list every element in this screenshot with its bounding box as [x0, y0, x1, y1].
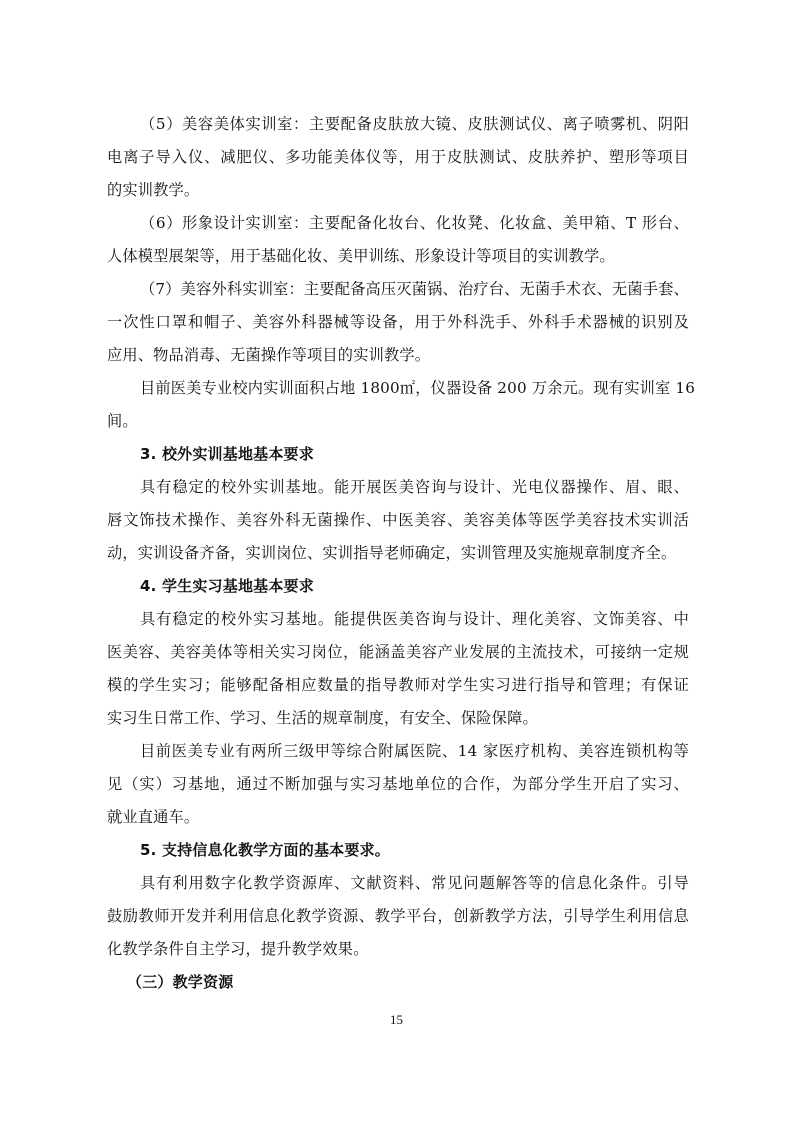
- section-heading-offcampus-training: 3. 校外实训基地基本要求: [107, 438, 689, 471]
- section-heading-teaching-resources: （三）教学资源: [107, 966, 689, 999]
- text-line: 应用、物品消毒、无菌操作等项目的实训教学。: [107, 339, 689, 372]
- paragraph-image-design-lab: （6）形象设计实训室：主要配备化妆台、化妆凳、化妆盒、美甲箱、T 形台、 人体模…: [107, 207, 689, 273]
- paragraph-offcampus-training: 具有稳定的校外实训基地。能开展医美咨询与设计、光电仪器操作、眉、眼、 唇文饰技术…: [107, 471, 689, 570]
- section-heading-it-teaching: 5. 支持信息化教学方面的基本要求。: [107, 834, 689, 867]
- page-number: 15: [0, 1012, 793, 1028]
- text-line: 具有稳定的校外实训基地。能开展医美咨询与设计、光电仪器操作、眉、眼、: [107, 471, 689, 504]
- paragraph-internship-base: 具有稳定的校外实习基地。能提供医美咨询与设计、理化美容、文饰美容、中 医美容、美…: [107, 603, 689, 735]
- text-line: 目前医美专业校内实训面积占地 1800㎡，仪器设备 200 万余元。现有实训室 …: [107, 372, 689, 405]
- text-line: 一次性口罩和帽子、美容外科器械等设备，用于外科洗手、外科手术器械的识别及: [107, 306, 689, 339]
- text-line: 鼓励教师开发并利用信息化教学资源、教学平台，创新教学方法，引导学生利用信息: [107, 900, 689, 933]
- paragraph-campus-training-area: 目前医美专业校内实训面积占地 1800㎡，仪器设备 200 万余元。现有实训室 …: [107, 372, 689, 438]
- paragraph-cosmetic-surgery-lab: （7）美容外科实训室：主要配备高压灭菌锅、治疗台、无菌手术衣、无菌手套、 一次性…: [107, 273, 689, 372]
- text-line: （7）美容外科实训室：主要配备高压灭菌锅、治疗台、无菌手术衣、无菌手套、: [107, 273, 689, 306]
- text-line: 人体模型展架等，用于基础化妆、美甲训练、形象设计等项目的实训教学。: [107, 240, 689, 273]
- paragraph-it-teaching: 具有利用数字化教学资源库、文献资料、常见问题解答等的信息化条件。引导 鼓励教师开…: [107, 867, 689, 966]
- paragraph-beauty-body-lab: （5）美容美体实训室：主要配备皮肤放大镜、皮肤测试仪、离子喷雾机、阴阳 电离子导…: [107, 108, 689, 207]
- text-line: 的实训教学。: [107, 174, 689, 207]
- text-line: 电离子导入仪、减肥仪、多功能美体仪等，用于皮肤测试、皮肤养护、塑形等项目: [107, 141, 689, 174]
- text-line: （5）美容美体实训室：主要配备皮肤放大镜、皮肤测试仪、离子喷雾机、阴阳: [107, 108, 689, 141]
- text-line: 模的学生实习；能够配备相应数量的指导教师对学生实习进行指导和管理；有保证: [107, 669, 689, 702]
- text-line: 具有利用数字化教学资源库、文献资料、常见问题解答等的信息化条件。引导: [107, 867, 689, 900]
- document-page: （5）美容美体实训室：主要配备皮肤放大镜、皮肤测试仪、离子喷雾机、阴阳 电离子导…: [107, 108, 689, 999]
- text-line: 化教学条件自主学习，提升教学效果。: [107, 933, 689, 966]
- text-line: 实习生日常工作、学习、生活的规章制度，有安全、保险保障。: [107, 702, 689, 735]
- text-line: （6）形象设计实训室：主要配备化妆台、化妆凳、化妆盒、美甲箱、T 形台、: [107, 207, 689, 240]
- text-line: 医美容、美容美体等相关实习岗位，能涵盖美容产业发展的主流技术，可接纳一定规: [107, 636, 689, 669]
- text-line: 动，实训设备齐备，实训岗位、实训指导老师确定，实训管理及实施规章制度齐全。: [107, 537, 689, 570]
- text-line: 唇文饰技术操作、美容外科无菌操作、中医美容、美容美体等医学美容技术实训活: [107, 504, 689, 537]
- text-line: 就业直通车。: [107, 801, 689, 834]
- text-line: 间。: [107, 405, 689, 438]
- text-line: 具有稳定的校外实习基地。能提供医美咨询与设计、理化美容、文饰美容、中: [107, 603, 689, 636]
- paragraph-internship-hospitals: 目前医美专业有两所三级甲等综合附属医院、14 家医疗机构、美容连锁机构等 见（实…: [107, 735, 689, 834]
- text-line: 见（实）习基地，通过不断加强与实习基地单位的合作，为部分学生开启了实习、: [107, 768, 689, 801]
- text-line: 目前医美专业有两所三级甲等综合附属医院、14 家医疗机构、美容连锁机构等: [107, 735, 689, 768]
- section-heading-internship-base: 4. 学生实习基地基本要求: [107, 570, 689, 603]
